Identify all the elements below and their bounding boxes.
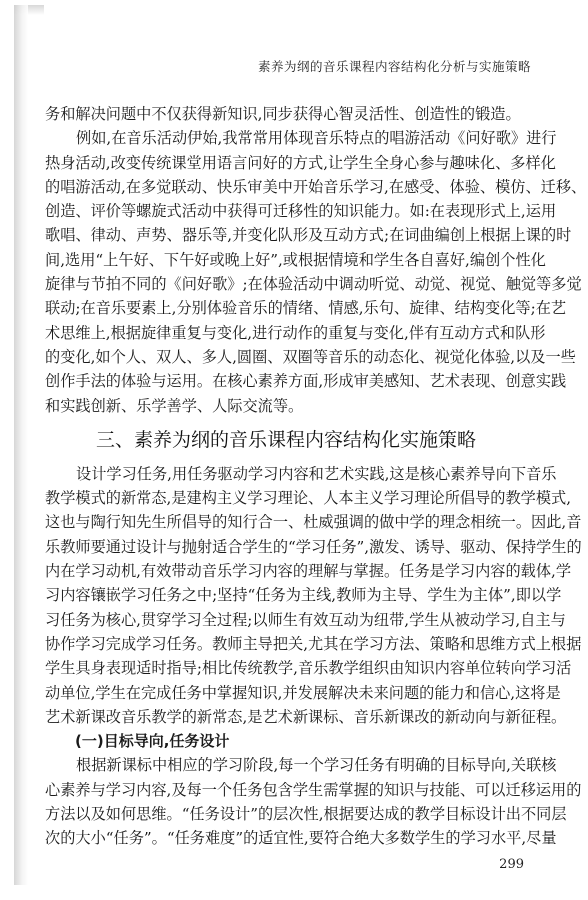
page-number: 299 [499,857,524,872]
text-line: 这也与陶行知先生所倡导的知行合一、杜威强调的做中学的理念相统一。因此,音 [45,510,527,534]
running-head: 素养为纲的音乐课程内容结构化分析与实施策略 [258,57,531,75]
page-edge-shadow [14,5,28,885]
text-line: 教学模式的新常态,是建构主义学习理论、人本主义学习理论所倡导的教学模式, [45,486,527,510]
text-line: 和实践创新、乐学善学、人际交流等。 [45,394,527,418]
text-line: 设计学习任务,用任务驱动学习内容和艺术实践,这是核心素养导向下音乐 [45,462,527,486]
text-line: 热身活动,改变传统课堂用语言问好的方式,让学生全身心参与趣味化、多样化 [45,151,527,175]
text-line: 次的大小“任务”。“任务难度”的适宜性,要符合绝大多数学生的学习水平,尽量 [45,826,527,850]
text-line: 的变化,如个人、双人、多人,圆圈、双圈等音乐的动态化、视觉化体验,以及一些 [45,345,527,369]
text-line: 学生具身表现适时指导;相比传统教学,音乐教学组织由知识内容单位转向学习活 [45,656,527,680]
page-body: 务和解决问题中不仅获得新知识,同步获得心智灵活性、创造性的锻造。 例如,在音乐活… [45,102,527,851]
text-line: 的唱游活动,在多觉联动、快乐审美中开始音乐学习,在感受、体验、模仿、迁移、 [45,175,527,199]
subsection-title: (一)目标导向,任务设计 [45,729,527,753]
text-line: 根据新课标中相应的学习阶段,每一个学习任务有明确的目标导向,关联核 [45,753,527,777]
text-line: 间,选用“上午好、下午好或晚上好”,或根据情境和学生各自喜好,编创个性化 [45,248,527,272]
text-line: 创造、评价等螺旋式活动中获得可迁移性的知识能力。如:在表现形式上,运用 [45,199,527,223]
text-line: 务和解决问题中不仅获得新知识,同步获得心智灵活性、创造性的锻造。 [45,102,527,126]
text-line: 乐教师要通过设计与抛射适合学生的“学习任务”,激发、诱导、驱动、保持学生的 [45,535,527,559]
text-line: 例如,在音乐活动伊始,我常常用体现音乐特点的唱游活动《问好歌》进行 [45,126,527,150]
text-line: 联动;在音乐要素上,分别体验音乐的情绪、情感,乐句、旋律、结构变化等;在艺 [45,296,527,320]
text-line: 术思维上,根据旋律重复与变化,进行动作的重复与变化,伴有互动方式和队形 [45,321,527,345]
text-line: 艺术新课改音乐教学的新常态,是艺术新课标、音乐新课改的新动向与新征程。 [45,705,527,729]
text-line: 动单位,学生在完成任务中掌握知识,并发展解决未来问题的能力和信心,这将是 [45,681,527,705]
text-line: 旋律与节拍不同的《问好歌》;在体验活动中调动听觉、动觉、视觉、触觉等多觉 [45,272,527,296]
text-line: 习内容镶嵌学习任务之中;坚持“任务为主线,教师为主导、学生为主体”,即以学 [45,583,527,607]
text-line: 歌唱、律动、声势、器乐等,并变化队形及互动方式;在词曲编创上根据上课的时 [45,223,527,247]
text-line: 方法以及如何思维。“任务设计”的层次性,根据要达成的教学目标设计出不同层 [45,802,527,826]
text-line: 内在学习动机,有效带动音乐学习内容的理解与掌握。任务是学习内容的载体,学 [45,559,527,583]
text-line: 协作学习完成学习任务。教师主导把关,尤其在学习方法、策略和思维方式上根据 [45,632,527,656]
text-line: 习任务为核心,贯穿学习全过程;以师生有效互动为纽带,学生从被动学习,自主与 [45,608,527,632]
text-line: 心素养与学习内容,及每一个任务包含学生需掌握的知识与技能、可以迁移运用的 [45,778,527,802]
section-title: 三、素养为纲的音乐课程内容结构化实施策略 [45,418,527,462]
text-line: 创作手法的体验与运用。在核心素养方面,形成审美感知、艺术表现、创意实践 [45,369,527,393]
